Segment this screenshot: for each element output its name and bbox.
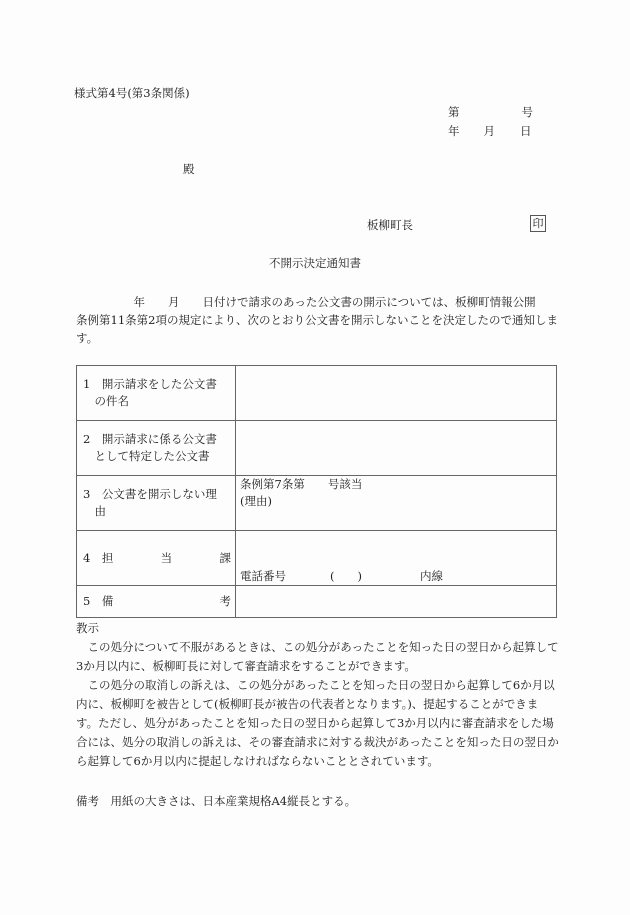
intro-line1: 年 月 日付けで請求のあった公文書の開示については、板柳町情報公開	[76, 293, 560, 311]
form-number: 様式第4号(第3条関係)	[74, 85, 190, 101]
row-label: 4 担 当 課	[77, 531, 236, 586]
extension-label: 内線	[420, 568, 443, 585]
label-part: 当	[161, 550, 173, 567]
label-part: 4 担	[83, 550, 113, 567]
document-date: 年月日	[448, 123, 532, 139]
notice-paragraph: この処分について不服があるときは、この処分があったことを知った日の翌日から起算し…	[76, 638, 560, 676]
document-subject-field[interactable]	[236, 366, 557, 421]
row-label: 2 開示請求に係る公文書 として特定した公文書	[77, 421, 236, 476]
label-part: 課	[219, 550, 231, 567]
nondisclosure-reason-field[interactable]: 条例第7条第 号該当 (理由)	[236, 476, 557, 531]
label-line: 3 公文書を開示しない理	[83, 486, 231, 503]
label-part: 5 備	[83, 593, 113, 610]
table-row: 3 公文書を開示しない理 由 条例第7条第 号該当 (理由)	[77, 476, 557, 531]
table-row: 1 開示請求をした公文書 の件名	[77, 366, 557, 421]
label-line: の件名	[83, 393, 231, 410]
department-field[interactable]: 電話番号( )内線	[236, 531, 557, 586]
ordinance-clause: 条例第7条第 号該当	[240, 476, 552, 493]
document-number: 第号	[448, 104, 533, 120]
intro-paragraph: 年 月 日付けで請求のあった公文書の開示については、板柳町情報公開 条例第11条…	[76, 293, 560, 347]
date-day: 日	[520, 123, 532, 139]
reason-label: (理由)	[240, 493, 552, 510]
sender-name: 板柳町長	[367, 217, 413, 233]
date-month: 月	[484, 123, 496, 139]
row-label: 5 備 考	[77, 586, 236, 618]
specified-document-field[interactable]	[236, 421, 557, 476]
notice-paragraph: この処分の取消しの訴えは、この処分があったことを知った日の翌日から起算して6か月…	[76, 676, 560, 771]
table-row: 2 開示請求に係る公文書 として特定した公文書	[77, 421, 557, 476]
notice-heading: 教示	[76, 620, 99, 636]
remarks-field[interactable]	[236, 586, 557, 618]
row-label: 1 開示請求をした公文書 の件名	[77, 366, 236, 421]
intro-rest: 条例第11条第2項の規定により、次のとおり公文書を開示しないことを決定したので通…	[76, 313, 558, 345]
details-table: 1 開示請求をした公文書 の件名 2 開示請求に係る公文書 として特定した公文書…	[76, 365, 557, 618]
phone-label: 電話番号	[240, 568, 286, 585]
label-line: 由	[83, 503, 231, 520]
label-line: 2 開示請求に係る公文書	[83, 431, 231, 448]
remark-note: 備考 用紙の大きさは、日本産業規格A4縦長とする。	[76, 793, 356, 809]
notice-body: この処分について不服があるときは、この処分があったことを知った日の翌日から起算し…	[76, 638, 560, 771]
table-row: 5 備 考	[77, 586, 557, 618]
row-label: 3 公文書を開示しない理 由	[77, 476, 236, 531]
doc-number-suffix: 号	[522, 104, 534, 120]
label-line: 1 開示請求をした公文書	[83, 376, 231, 393]
seal-stamp-icon: 印	[530, 215, 546, 232]
label-part: 考	[220, 593, 232, 610]
phone-line: 電話番号( )内線	[240, 568, 552, 585]
doc-number-prefix: 第	[448, 104, 460, 120]
document-title: 不開示決定通知書	[0, 255, 630, 271]
addressee: 殿	[183, 161, 195, 177]
phone-area-code: ( )	[330, 568, 362, 585]
date-year: 年	[448, 123, 460, 139]
table-row: 4 担 当 課 電話番号( )内線	[77, 531, 557, 586]
label-line: として特定した公文書	[83, 448, 231, 465]
